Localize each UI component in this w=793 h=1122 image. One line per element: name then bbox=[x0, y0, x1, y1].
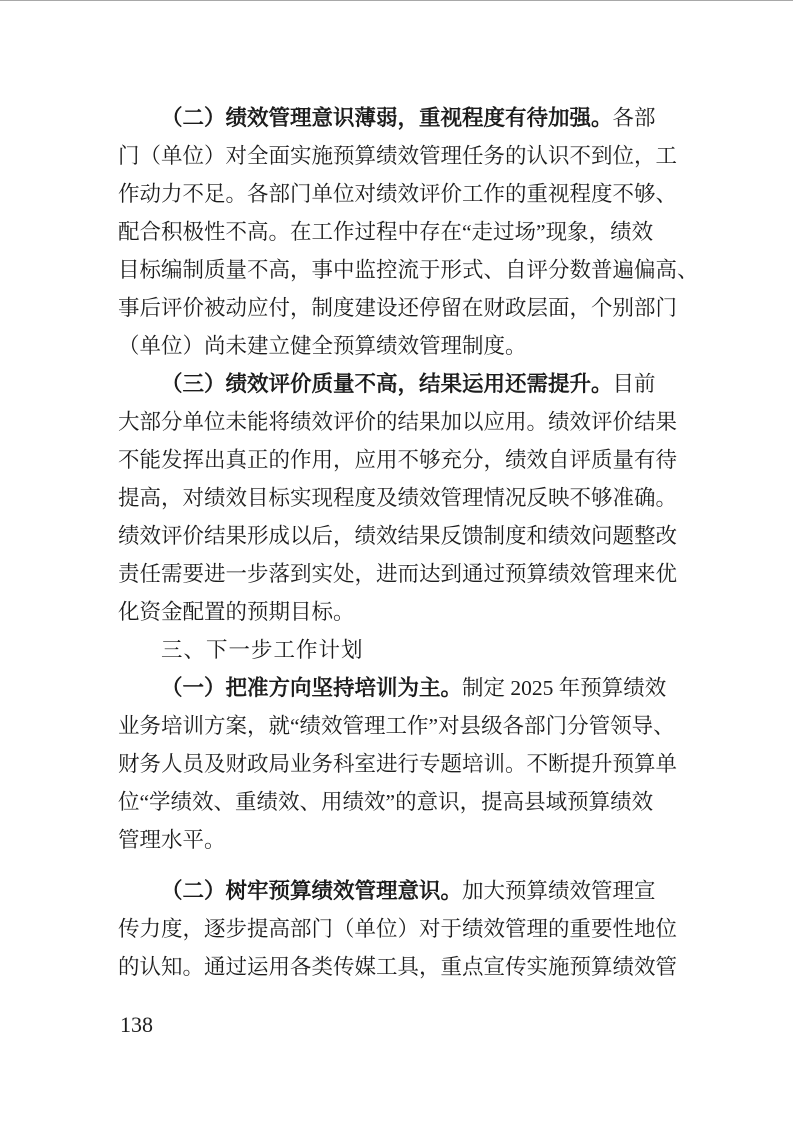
body-text: 责任需要进一步落到实处，进而达到通过预算绩效管理来优 bbox=[118, 562, 677, 586]
text-line: 事后评价被动应付，制度建设还停留在财政层面，个别部门 bbox=[118, 289, 678, 327]
text-line: 管理水平。 bbox=[118, 821, 678, 859]
text-line: 大部分单位未能将绩效评价的结果加以应用。绩效评价结果 bbox=[118, 403, 678, 441]
body-text: 配合积极性不高。在工作过程中存在“走过场”现象，绩效 bbox=[118, 220, 653, 244]
text-line: 绩效评价结果形成以后，绩效结果反馈制度和绩效问题整改 bbox=[118, 517, 678, 555]
paragraph: （一）把准方向坚持培训为主。制定 2025 年预算绩效业务培训方案，就“绩效管理… bbox=[118, 669, 678, 859]
text-line: 责任需要进一步落到实处，进而达到通过预算绩效管理来优 bbox=[118, 555, 678, 593]
body-text: 各部 bbox=[613, 106, 656, 130]
text-line: 目标编制质量不高，事中监控流于形式、自评分数普遍偏高、 bbox=[118, 251, 678, 289]
body-text: （单位）尚未建立健全预算绩效管理制度。 bbox=[118, 334, 527, 358]
body-text: 的认知。通过运用各类传媒工具，重点宣传实施预算绩效管 bbox=[118, 955, 677, 979]
text-line: 配合积极性不高。在工作过程中存在“走过场”现象，绩效 bbox=[118, 213, 678, 251]
body-text: 绩效评价结果形成以后，绩效结果反馈制度和绩效问题整改 bbox=[118, 524, 677, 548]
text-line: （单位）尚未建立健全预算绩效管理制度。 bbox=[118, 327, 678, 365]
body-text: 门（单位）对全面实施预算绩效管理任务的认识不到位，工 bbox=[118, 144, 677, 168]
bold-lead-text: （一）把准方向坚持培训为主。 bbox=[161, 676, 462, 700]
bold-lead-text: （二）树牢预算绩效管理意识。 bbox=[161, 879, 462, 903]
paragraph: （三）绩效评价质量不高，结果运用还需提升。目前大部分单位未能将绩效评价的结果加以… bbox=[118, 365, 678, 631]
section-heading: 三、下一步工作计划 bbox=[118, 631, 678, 669]
text-line: （二）树牢预算绩效管理意识。加大预算绩效管理宣 bbox=[118, 872, 678, 910]
body-text: 加大预算绩效管理宣 bbox=[462, 879, 656, 903]
body-text: 目标编制质量不高，事中监控流于形式、自评分数普遍偏高、 bbox=[118, 258, 699, 282]
text-line: 化资金配置的预期目标。 bbox=[118, 593, 678, 631]
text-line: 传力度，逐步提高部门（单位）对于绩效管理的重要性地位 bbox=[118, 910, 678, 948]
body-text: 事后评价被动应付，制度建设还停留在财政层面，个别部门 bbox=[118, 296, 677, 320]
text-line: 三、下一步工作计划 bbox=[118, 631, 678, 669]
body-text: 化资金配置的预期目标。 bbox=[118, 600, 355, 624]
text-line: 作动力不足。各部门单位对绩效评价工作的重视程度不够、 bbox=[118, 175, 678, 213]
text-line: 业务培训方案，就“绩效管理工作”对县级各部门分管领导、 bbox=[118, 707, 678, 745]
body-text: 传力度，逐步提高部门（单位）对于绩效管理的重要性地位 bbox=[118, 917, 677, 941]
body-text: 不能发挥出真正的作用，应用不够充分，绩效自评质量有待 bbox=[118, 448, 677, 472]
text-line: 提高，对绩效目标实现程度及绩效管理情况反映不够准确。 bbox=[118, 479, 678, 517]
text-line: （二）绩效管理意识薄弱，重视程度有待加强。各部 bbox=[118, 99, 678, 137]
text-line: 财务人员及财政局业务科室进行专题培训。不断提升预算单 bbox=[118, 745, 678, 783]
paragraph: （二）绩效管理意识薄弱，重视程度有待加强。各部门（单位）对全面实施预算绩效管理任… bbox=[118, 99, 678, 365]
document-page: （二）绩效管理意识薄弱，重视程度有待加强。各部门（单位）对全面实施预算绩效管理任… bbox=[0, 0, 793, 1122]
text-line: 门（单位）对全面实施预算绩效管理任务的认识不到位，工 bbox=[118, 137, 678, 175]
text-line: （三）绩效评价质量不高，结果运用还需提升。目前 bbox=[118, 365, 678, 403]
body-text: 目前 bbox=[613, 372, 656, 396]
bold-lead-text: （二）绩效管理意识薄弱，重视程度有待加强。 bbox=[161, 106, 613, 130]
text-line: 位“学绩效、重绩效、用绩效”的意识，提高县域预算绩效 bbox=[118, 783, 678, 821]
body-text: 提高，对绩效目标实现程度及绩效管理情况反映不够准确。 bbox=[118, 486, 677, 510]
scan-edge-line bbox=[0, 0, 793, 1]
text-line: 不能发挥出真正的作用，应用不够充分，绩效自评质量有待 bbox=[118, 441, 678, 479]
bold-lead-text: （三）绩效评价质量不高，结果运用还需提升。 bbox=[161, 372, 613, 396]
page-number: 138 bbox=[120, 1012, 153, 1038]
body-text: 制定 2025 年预算绩效 bbox=[462, 676, 666, 700]
body-text: 业务培训方案，就“绩效管理工作”对县级各部门分管领导、 bbox=[118, 714, 675, 738]
text-line: （一）把准方向坚持培训为主。制定 2025 年预算绩效 bbox=[118, 669, 678, 707]
body-text: 管理水平。 bbox=[118, 828, 226, 852]
paragraph: （二）树牢预算绩效管理意识。加大预算绩效管理宣传力度，逐步提高部门（单位）对于绩… bbox=[118, 872, 678, 986]
body-text: 财务人员及财政局业务科室进行专题培训。不断提升预算单 bbox=[118, 752, 677, 776]
text-line: 的认知。通过运用各类传媒工具，重点宣传实施预算绩效管 bbox=[118, 948, 678, 986]
body-text: 大部分单位未能将绩效评价的结果加以应用。绩效评价结果 bbox=[118, 410, 677, 434]
body-text: 三、下一步工作计划 bbox=[161, 638, 364, 662]
body-text: 位“学绩效、重绩效、用绩效”的意识，提高县域预算绩效 bbox=[118, 790, 653, 814]
document-body: （二）绩效管理意识薄弱，重视程度有待加强。各部门（单位）对全面实施预算绩效管理任… bbox=[118, 99, 678, 986]
body-text: 作动力不足。各部门单位对绩效评价工作的重视程度不够、 bbox=[118, 182, 677, 206]
